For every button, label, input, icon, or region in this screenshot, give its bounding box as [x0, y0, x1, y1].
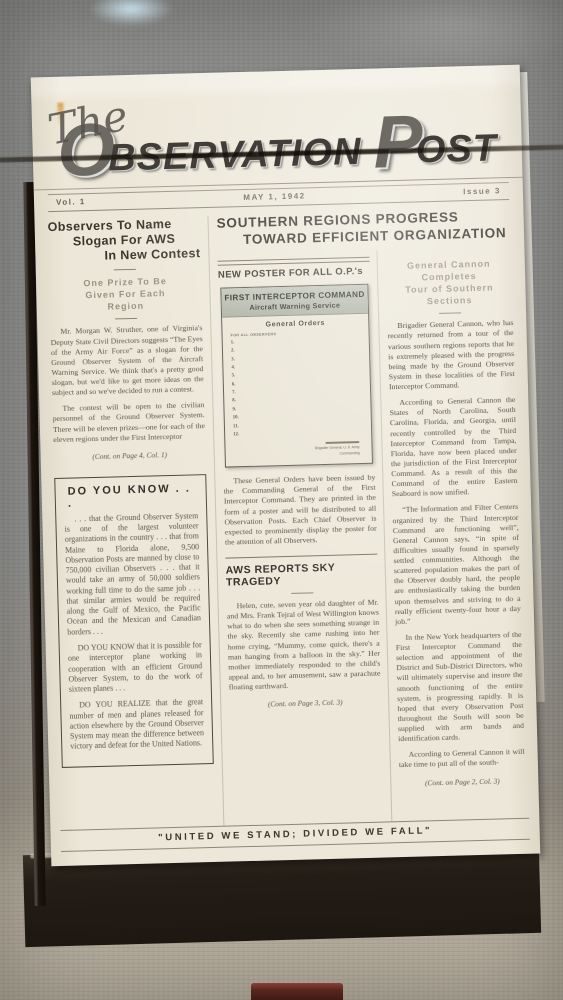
contest-subhead: One Prize To Be Given For Each Region	[49, 274, 202, 314]
do-you-know-paragraph: DO YOU KNOW that it is possible for one …	[68, 640, 203, 695]
do-you-know-paragraph: . . . that the Ground Observer System is…	[64, 511, 201, 638]
masthead: The O BSERVATION P OST	[31, 65, 523, 191]
poster-order-item: 4.	[231, 363, 361, 371]
rule-dash	[114, 269, 136, 271]
glass-reflection	[88, 0, 174, 26]
glass-sheen	[300, 0, 563, 70]
poster-order-item: 2.	[231, 346, 361, 354]
poster-orders-heading: General Orders	[222, 319, 368, 330]
southern-regions-headline: SOUTHERN REGIONS PROGRESS TOWARD EFFICIE…	[216, 208, 511, 249]
contest-paragraph: The contest will be open to the civilian…	[52, 400, 205, 444]
signature-name-line	[325, 441, 359, 444]
poster-order-item: 9.	[232, 405, 362, 413]
poster-order-item: 3.	[231, 355, 361, 363]
poster-order-item: 7.	[232, 388, 362, 396]
continuation-note: (Cont. on Page 4, Col. 1)	[54, 449, 206, 462]
continuation-note: (Cont. on Page 2, Col. 3)	[399, 775, 525, 787]
poster-column: NEW POSTER FOR ALL O.P.'s FIRST INTERCEP…	[217, 250, 392, 825]
rule-dash	[115, 318, 137, 320]
do-you-know-box: DO YOU KNOW . . . . . . that the Ground …	[54, 474, 214, 768]
southern-regions-section: SOUTHERN REGIONS PROGRESS TOWARD EFFICIE…	[208, 208, 526, 826]
aws-tragedy-headline: AWS REPORTS SKY TRAGEDY	[226, 561, 379, 589]
signature-rank: Brigadier General, U. S. Army	[315, 445, 360, 450]
cannon-paragraph: According to General Cannon it will take…	[398, 747, 524, 771]
rule-dash	[291, 592, 313, 594]
do-you-know-title: DO YOU KNOW . . .	[67, 482, 198, 509]
poster-order-item: 5.	[232, 371, 362, 379]
display-case-photo: The O BSERVATION P OST Vol. 1 MAY 1, 194…	[0, 0, 563, 1000]
poster-signature: Brigadier General, U. S. Army Commanding	[237, 440, 359, 460]
issue-date: MAY 1, 1942	[243, 191, 306, 202]
poster-order-item: 11.	[233, 422, 363, 430]
poster-order-item: 6.	[232, 380, 362, 388]
masthead-letter-p: P	[373, 109, 422, 177]
continuation-note: (Cont. on Page 3, Col. 3)	[229, 697, 381, 710]
contest-paragraph: Mr. Morgan W. Struther, one of Virginia'…	[50, 324, 204, 399]
cannon-column: General Cannon Completes Tour of Souther…	[377, 247, 526, 822]
page-content: Observers To Name Slogan For AWS In New …	[34, 200, 539, 831]
rule-dash	[439, 313, 461, 315]
poster-order-item: 1.	[231, 338, 361, 346]
poster-order-item: 8.	[232, 396, 362, 404]
cannon-paragraph: “The Information and Filter Centers orga…	[392, 502, 521, 627]
volume-label: Vol. 1	[56, 197, 86, 207]
general-orders-poster: FIRST INTERCEPTOR COMMAND Aircraft Warni…	[220, 284, 373, 468]
aws-tragedy-paragraph: Helen, cute, seven year old daughter of …	[227, 598, 381, 693]
left-column: Observers To Name Slogan For AWS In New …	[47, 216, 224, 830]
new-poster-header: NEW POSTER FOR ALL O.P.'s	[218, 265, 370, 280]
sub-columns: NEW POSTER FOR ALL O.P.'s FIRST INTERCEP…	[217, 247, 526, 826]
cannon-paragraph: Brigadier General Cannon, who has recent…	[387, 318, 515, 392]
poster-order-item: 10.	[233, 413, 363, 421]
cannon-subhead: General Cannon Completes Tour of Souther…	[386, 257, 513, 309]
red-display-object	[251, 983, 343, 1000]
cannon-paragraph: According to General Cannon the States o…	[389, 395, 518, 500]
poster-title-band: FIRST INTERCEPTOR COMMAND Aircraft Warni…	[221, 285, 368, 318]
poster-story-paragraph: These General Orders have been issued by…	[223, 473, 377, 548]
poster-order-item: 12.	[233, 430, 363, 438]
issue-number: Issue 3	[463, 186, 501, 196]
signature-title: Commanding	[339, 451, 359, 456]
contest-headline: Observers To Name Slogan For AWS In New …	[47, 216, 200, 265]
newspaper-page: The O BSERVATION P OST Vol. 1 MAY 1, 194…	[31, 65, 540, 867]
cannon-paragraph: In the New York headquarters of the Firs…	[395, 630, 524, 745]
do-you-know-paragraph: DO YOU REALIZE that the great number of …	[69, 698, 204, 753]
double-rule	[218, 256, 370, 265]
poster-intro-line: FOR ALL OBSERVERS	[231, 330, 361, 337]
